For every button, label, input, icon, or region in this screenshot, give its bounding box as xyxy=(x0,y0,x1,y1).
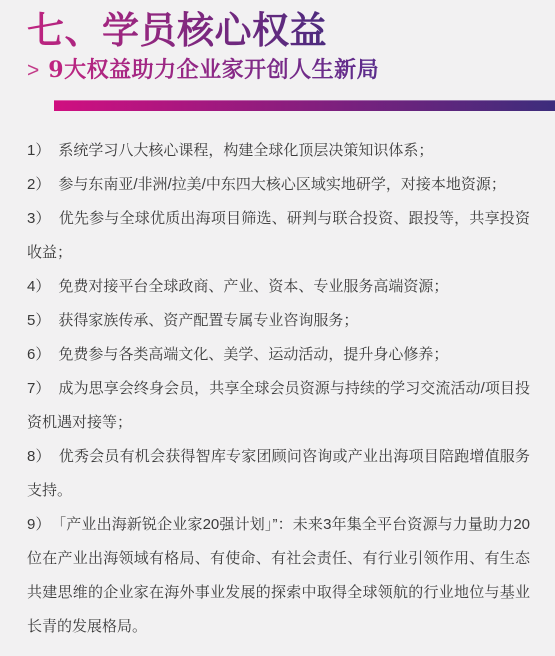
page-subtitle: 9大权益助力企业家开创人生新局 xyxy=(48,57,379,83)
page-title: 七、学员核心权益 xyxy=(27,10,327,51)
item-text: 获得家族传承、资产配置专属专业咨询服务； xyxy=(58,312,358,329)
item-text: 免费对接平台全球政商、产业、资本、专业服务高端资源； xyxy=(58,278,448,295)
list-item: 9）「产业出海新锐企业家20强计划」”：未来3年集全平台资源与力量助力20位在产… xyxy=(27,508,530,644)
benefits-list: 1）系统学习八大核心课程，构建全球化顶层决策知识体系； 2）参与东南亚/非洲/拉… xyxy=(0,134,555,644)
list-item: 8）优秀会员有机会获得智库专家团顾问咨询或产业出海项目陪跑增值服务支持。 xyxy=(27,440,530,508)
list-item: 1）系统学习八大核心课程，构建全球化顶层决策知识体系； xyxy=(27,134,530,168)
item-text: 参与东南亚/非洲/拉美/中东四大核心区域实地研学，对接本地资源； xyxy=(58,176,506,193)
chevron-right-icon: > xyxy=(27,59,39,83)
item-number: 6） xyxy=(27,346,50,363)
item-number: 8） xyxy=(27,448,51,465)
list-item: 2）参与东南亚/非洲/拉美/中东四大核心区域实地研学，对接本地资源； xyxy=(27,168,530,202)
item-number: 9） xyxy=(27,516,51,533)
item-number: 2） xyxy=(27,176,50,193)
item-text: 「产业出海新锐企业家20强计划」”：未来3年集全平台资源与力量助力20位在产业出… xyxy=(27,516,530,635)
divider-bar xyxy=(54,100,555,111)
item-text: 成为思享会终身会员，共享全球会员资源与持续的学习交流活动/项目投资机遇对接等； xyxy=(27,380,530,431)
subtitle-row: > 9大权益助力企业家开创人生新局 xyxy=(27,57,555,83)
item-number: 5） xyxy=(27,312,50,329)
page: 七、学员核心权益 > 9大权益助力企业家开创人生新局 1）系统学习八大核心课程，… xyxy=(0,0,555,656)
list-item: 4）免费对接平台全球政商、产业、资本、专业服务高端资源； xyxy=(27,270,530,304)
list-item: 7）成为思享会终身会员，共享全球会员资源与持续的学习交流活动/项目投资机遇对接等… xyxy=(27,372,530,440)
item-text: 免费参与各类高端文化、美学、运动活动，提升身心修养； xyxy=(58,346,448,363)
item-number: 4） xyxy=(27,278,50,295)
list-item: 6）免费参与各类高端文化、美学、运动活动，提升身心修养； xyxy=(27,338,530,372)
header: 七、学员核心权益 > 9大权益助力企业家开创人生新局 xyxy=(0,0,555,111)
item-text: 优秀会员有机会获得智库专家团顾问咨询或产业出海项目陪跑增值服务支持。 xyxy=(27,448,530,499)
item-number: 7） xyxy=(27,380,51,397)
item-text: 优先参与全球优质出海项目筛选、研判与联合投资、跟投等，共享投资收益； xyxy=(27,210,530,261)
item-number: 3） xyxy=(27,210,51,227)
item-text: 系统学习八大核心课程，构建全球化顶层决策知识体系； xyxy=(58,142,433,159)
list-item: 5）获得家族传承、资产配置专属专业咨询服务； xyxy=(27,304,530,338)
item-number: 1） xyxy=(27,142,50,159)
list-item: 3）优先参与全球优质出海项目筛选、研判与联合投资、跟投等，共享投资收益； xyxy=(27,202,530,270)
